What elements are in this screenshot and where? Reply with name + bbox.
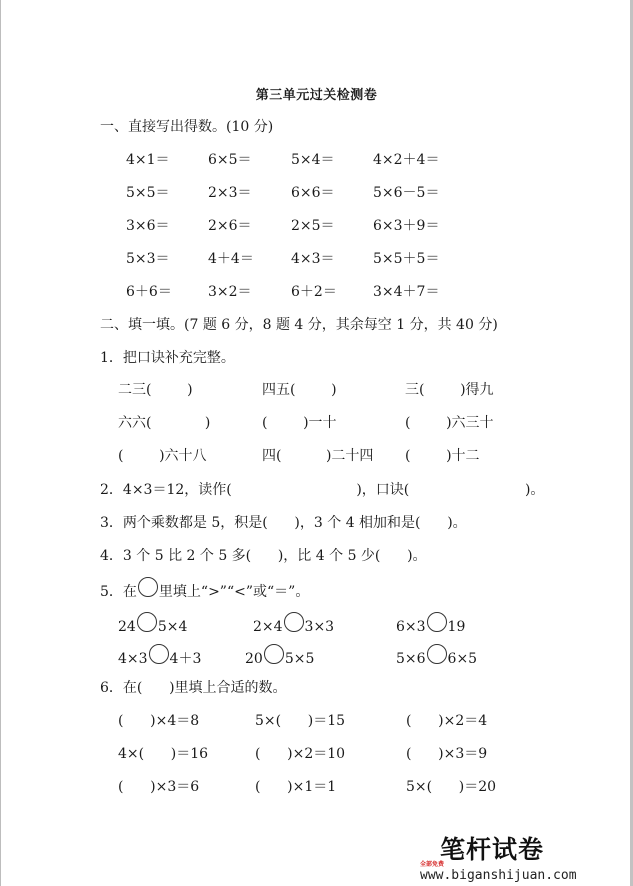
compare-circle-blank[interactable] xyxy=(149,644,169,664)
fill-blank-item: ( )×3＝6 xyxy=(118,778,199,796)
compare-left: 20 xyxy=(245,650,263,668)
question-1-label: 1．把口诀补充完整。 xyxy=(100,349,235,367)
compare-item: 2×4 3×3 xyxy=(253,616,334,636)
mnemonic-blank: ( )六三十 xyxy=(405,414,494,432)
circle-blank-icon xyxy=(138,577,158,597)
compare-right: 19 xyxy=(448,618,466,636)
compare-circle-blank[interactable] xyxy=(284,612,304,632)
calc-item: 6×3＋9＝ xyxy=(373,217,439,235)
fill-blank-item: 4×( )＝16 xyxy=(118,745,208,763)
calc-item: 4×3＝ xyxy=(291,250,335,268)
page-title: 第三单元过关检测卷 xyxy=(0,84,633,103)
compare-item: 5×6 6×5 xyxy=(396,648,477,668)
calc-item: 4×1＝ xyxy=(126,151,170,169)
page-border-left xyxy=(0,0,1,886)
calc-item: 4×2＋4＝ xyxy=(373,151,439,169)
compare-right: 4＋3 xyxy=(170,650,202,668)
compare-item: 24 5×4 xyxy=(118,616,187,636)
compare-circle-blank[interactable] xyxy=(427,612,447,632)
fill-blank-item: ( )×2＝10 xyxy=(255,745,345,763)
calc-item: 5×6－5＝ xyxy=(373,184,439,202)
compare-left: 5×6 xyxy=(396,650,426,668)
section2-heading: 二、填一填。(7 题 6 分，8 题 4 分，其余每空 1 分，共 40 分) xyxy=(100,316,498,334)
compare-right: 6×5 xyxy=(448,650,478,668)
section1-heading: 一、直接写出得数。(10 分) xyxy=(100,118,273,136)
fill-blank-item: ( )×1＝1 xyxy=(255,778,336,796)
compare-item: 20 5×5 xyxy=(245,648,314,668)
calc-item: 6×6＝ xyxy=(291,184,335,202)
watermark-logo: 笔杆试卷 全部免费 www.biganshijuan.com xyxy=(418,830,588,886)
fill-blank-item: 5×( )＝15 xyxy=(255,712,345,730)
watermark-free-tag: 全部免费 xyxy=(420,859,444,868)
compare-right: 5×4 xyxy=(158,618,188,636)
calc-item: 6＋2＝ xyxy=(291,283,337,301)
mnemonic-blank: ( )一十 xyxy=(262,414,337,432)
mnemonic-blank: 二三( ) xyxy=(118,381,193,399)
question-2: 2．4×3＝12，读作( )，口诀( )。 xyxy=(100,481,544,499)
calc-item: 6＋6＝ xyxy=(126,283,172,301)
calc-item: 6×5＝ xyxy=(208,151,252,169)
fill-blank-item: ( )×3＝9 xyxy=(406,745,487,763)
fill-blank-item: 5×( )＝20 xyxy=(406,778,496,796)
calc-item: 2×6＝ xyxy=(208,217,252,235)
calc-item: 5×5＝ xyxy=(126,184,170,202)
calc-item: 3×4＋7＝ xyxy=(373,283,439,301)
mnemonic-blank: 三( )得九 xyxy=(405,381,494,399)
watermark-url: www.biganshijuan.com xyxy=(420,868,577,883)
compare-right: 3×3 xyxy=(305,618,335,636)
mnemonic-blank: ( )六十八 xyxy=(118,447,207,465)
compare-circle-blank[interactable] xyxy=(427,644,447,664)
question-5-label-before: 5．在 xyxy=(100,583,137,601)
question-6-label: 6．在( )里填上合适的数。 xyxy=(100,679,287,697)
fill-blank-item: ( )×2＝4 xyxy=(406,712,487,730)
calc-item: 5×4＝ xyxy=(291,151,335,169)
mnemonic-blank: 六六( ) xyxy=(118,414,210,432)
compare-circle-blank[interactable] xyxy=(264,644,284,664)
calc-item: 3×2＝ xyxy=(208,283,252,301)
calc-item: 5×3＝ xyxy=(126,250,170,268)
question-5-label: 5．在 里填上“>”“<”或“＝”。 xyxy=(100,581,309,601)
mnemonic-blank: 四( )二十四 xyxy=(262,447,373,465)
compare-left: 2×4 xyxy=(253,618,283,636)
compare-left: 24 xyxy=(118,618,136,636)
mnemonic-blank: 四五( ) xyxy=(262,381,337,399)
compare-left: 6×3 xyxy=(396,618,426,636)
calc-item: 2×3＝ xyxy=(208,184,252,202)
question-3: 3．两个乘数都是 5，积是( )，3 个 4 相加和是( )。 xyxy=(100,514,467,532)
compare-circle-blank[interactable] xyxy=(137,612,157,632)
fill-blank-item: ( )×4＝8 xyxy=(118,712,199,730)
calc-item: 4＋4＝ xyxy=(208,250,254,268)
watermark-brand: 笔杆试卷 xyxy=(440,830,544,866)
calc-item: 2×5＝ xyxy=(291,217,335,235)
question-5-label-after: 里填上“>”“<”或“＝”。 xyxy=(159,583,309,601)
calc-item: 3×6＝ xyxy=(126,217,170,235)
compare-left: 4×3 xyxy=(118,650,148,668)
question-4: 4．3 个 5 比 2 个 5 多( )，比 4 个 5 少( )。 xyxy=(100,547,427,565)
compare-item: 6×3 19 xyxy=(396,616,465,636)
compare-right: 5×5 xyxy=(285,650,315,668)
compare-item: 4×3 4＋3 xyxy=(118,648,201,668)
mnemonic-blank: ( )十二 xyxy=(405,447,480,465)
calc-item: 5×5＋5＝ xyxy=(373,250,439,268)
